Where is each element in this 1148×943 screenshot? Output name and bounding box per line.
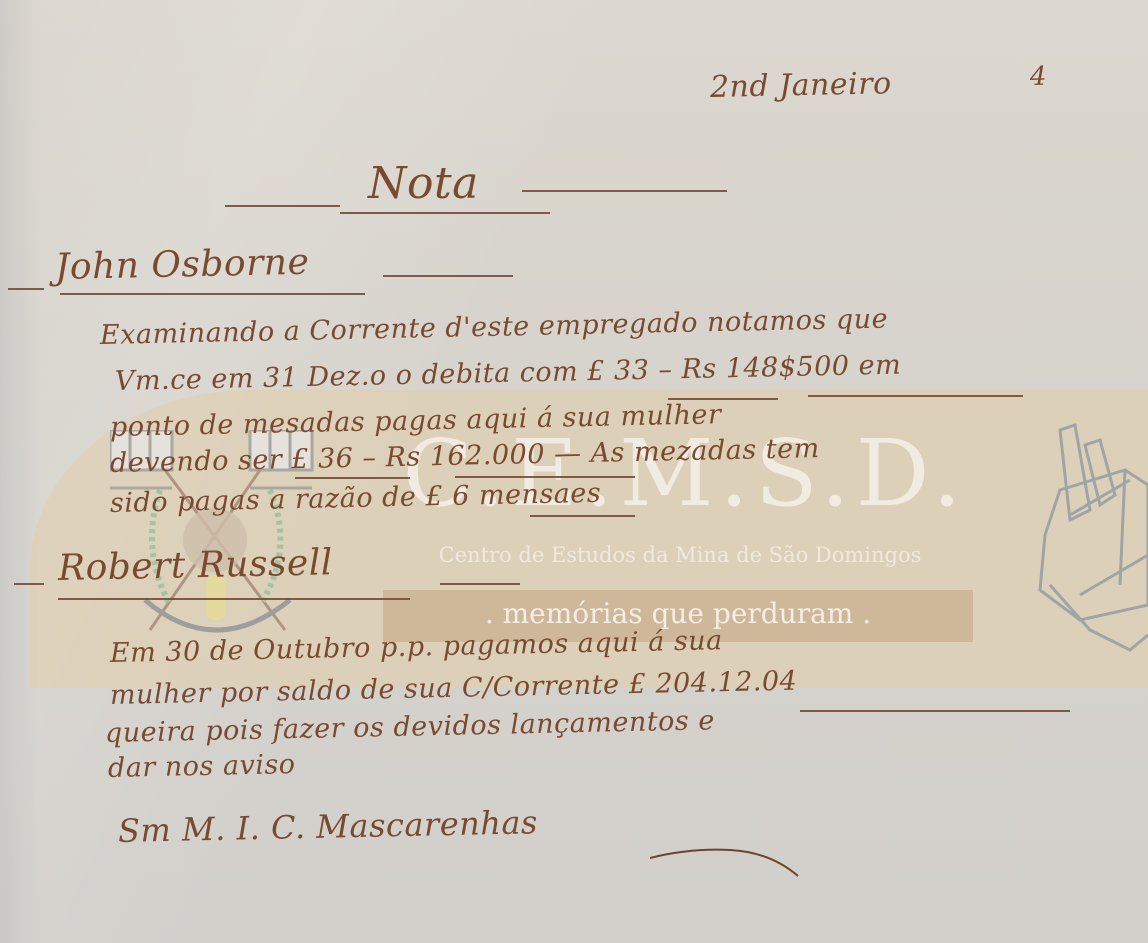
heading-rule-right <box>440 583 520 585</box>
title-underline <box>340 212 550 214</box>
amount-underline <box>808 395 1023 397</box>
title-rule-left <box>225 205 340 207</box>
watermark-subtitle: Centro de Estudos da Mina de São Domingo… <box>380 543 980 567</box>
document-date-suffix: 4 <box>1030 62 1048 92</box>
signature-flourish-icon <box>650 840 800 880</box>
heading-dash <box>14 583 44 585</box>
amount-underline <box>530 515 635 517</box>
heading-rule-right <box>383 275 513 277</box>
document-date: 2nd Janeiro <box>710 66 892 105</box>
amount-underline <box>800 710 1070 712</box>
title-rule-right <box>522 190 727 192</box>
body-line: dar nos aviso <box>108 749 296 784</box>
heading-underline <box>60 293 365 295</box>
amount-underline <box>295 477 410 479</box>
body-line: Examinando a Corrente d'este empregado n… <box>100 303 889 351</box>
crystal-logo-icon <box>1030 415 1148 655</box>
body-line: queira pois fazer os devidos lançamentos… <box>105 705 715 749</box>
heading-underline <box>58 598 410 600</box>
section-heading-robert-russell: Robert Russell <box>58 542 334 589</box>
section-heading-john-osborne: John Osborne <box>55 242 310 288</box>
watermark-slogan: . memórias que perduram . <box>383 597 973 630</box>
signature: Sm M. I. C. Mascarenhas <box>118 803 539 850</box>
heading-dash <box>8 288 44 290</box>
document-title: Nota <box>368 158 479 209</box>
amount-underline <box>455 476 635 478</box>
